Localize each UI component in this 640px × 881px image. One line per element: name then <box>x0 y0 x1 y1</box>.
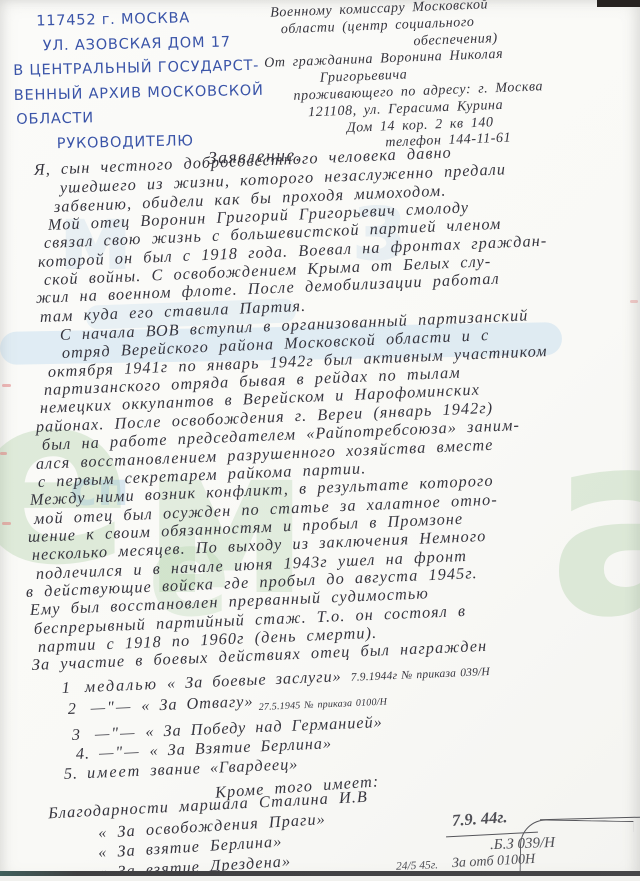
award-number: 2 <box>67 700 82 726</box>
fold-mark <box>0 452 7 455</box>
award-ditto-mark: —"— <box>94 723 136 744</box>
sender-line: ВЕННЫЙ АРХИВ МОСКОВСКОЙ <box>14 78 264 108</box>
fold-mark <box>2 384 11 387</box>
letter-body: Я, сын честного добросовестного человека… <box>14 161 620 675</box>
annotation-bracket <box>520 819 634 874</box>
fold-mark <box>2 522 11 525</box>
sender-address-block: 117452 г. МОСКВА УЛ. АЗОВСКАЯ ДОМ 17 В Ц… <box>12 5 265 157</box>
award-number: 4. <box>76 745 91 765</box>
scan-bottom-margin <box>0 876 640 881</box>
scanned-handwritten-letter: м з е м а е сп 117452 г. МОСКВА УЛ. АЗОВ… <box>0 0 640 881</box>
scan-edge-mark <box>597 0 640 7</box>
recipient-block: Военному комиссару Московской области (ц… <box>262 0 545 157</box>
award-number: 3 <box>72 725 87 745</box>
award-lead: имеет <box>87 761 142 783</box>
award-number: 1 <box>61 678 76 700</box>
margin-note-date: 7.9. 44г. <box>451 807 508 831</box>
award-ditto-mark: —"— <box>90 698 133 725</box>
award-number: 5. <box>64 764 79 784</box>
award-ditto-mark: —"— <box>99 743 141 764</box>
awards-list: 1 медалью « За боевые заслуги» 7.9.1944г… <box>40 679 490 784</box>
fold-mark <box>630 300 638 303</box>
